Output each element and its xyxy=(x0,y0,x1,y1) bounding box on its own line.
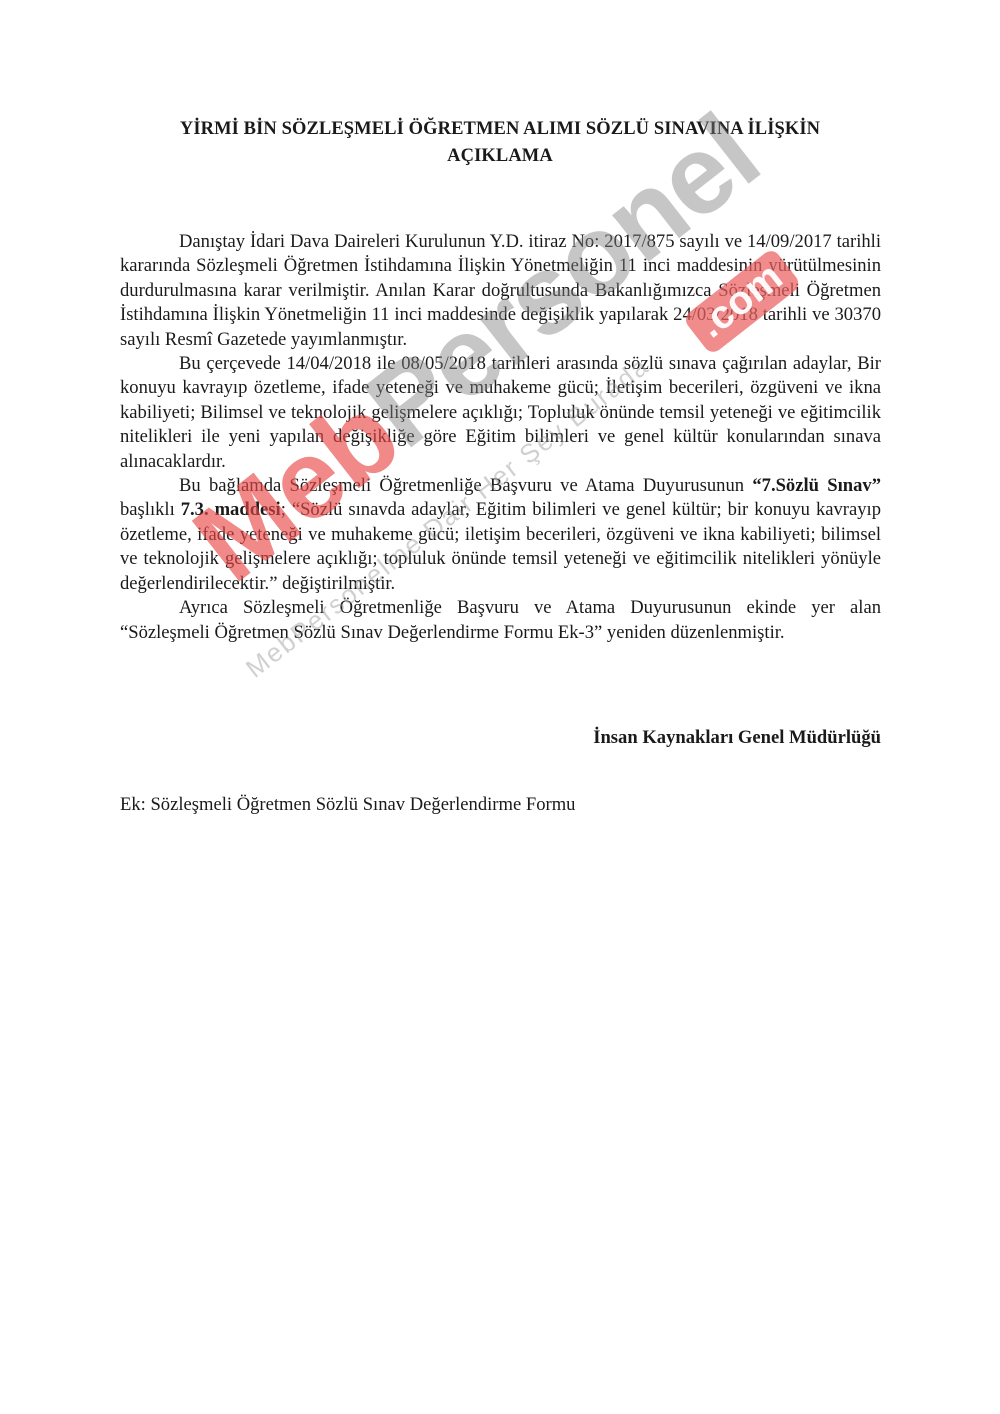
paragraph-3-bold-section-title: “7.Sözlü Sınav” xyxy=(752,475,881,496)
paragraph-3-part-1: Bu bağlamda Sözleşmeli Öğretmenliğe Başv… xyxy=(179,475,752,496)
paragraph-3: Bu bağlamda Sözleşmeli Öğretmenliğe Başv… xyxy=(120,474,881,596)
watermark: MebPersonel .com MebPersoneline Dair Her… xyxy=(0,0,1000,1414)
paragraph-3-part-2: başlıklı xyxy=(120,499,181,520)
signature-authority: İnsan Kaynakları Genel Müdürlüğü xyxy=(593,727,881,749)
paragraph-3-bold-article: 7.3. maddesi xyxy=(181,499,281,520)
paragraph-2: Bu çerçevede 14/04/2018 ile 08/05/2018 t… xyxy=(120,352,881,474)
document-page: YİRMİ BİN SÖZLEŞMELİ ÖĞRETMEN ALIMI SÖZL… xyxy=(0,0,1000,1414)
attachment-note: Ek: Sözleşmeli Öğretmen Sözlü Sınav Değe… xyxy=(120,794,575,816)
document-body: Danıştay İdari Dava Daireleri Kurulunun … xyxy=(120,230,881,645)
document-title: YİRMİ BİN SÖZLEŞMELİ ÖĞRETMEN ALIMI SÖZL… xyxy=(120,116,880,170)
paragraph-4: Ayrıca Sözleşmeli Öğretmenliğe Başvuru v… xyxy=(120,596,881,645)
title-line-1: YİRMİ BİN SÖZLEŞMELİ ÖĞRETMEN ALIMI SÖZL… xyxy=(120,116,880,143)
title-line-2: AÇIKLAMA xyxy=(120,143,880,170)
paragraph-1: Danıştay İdari Dava Daireleri Kurulunun … xyxy=(120,230,881,352)
